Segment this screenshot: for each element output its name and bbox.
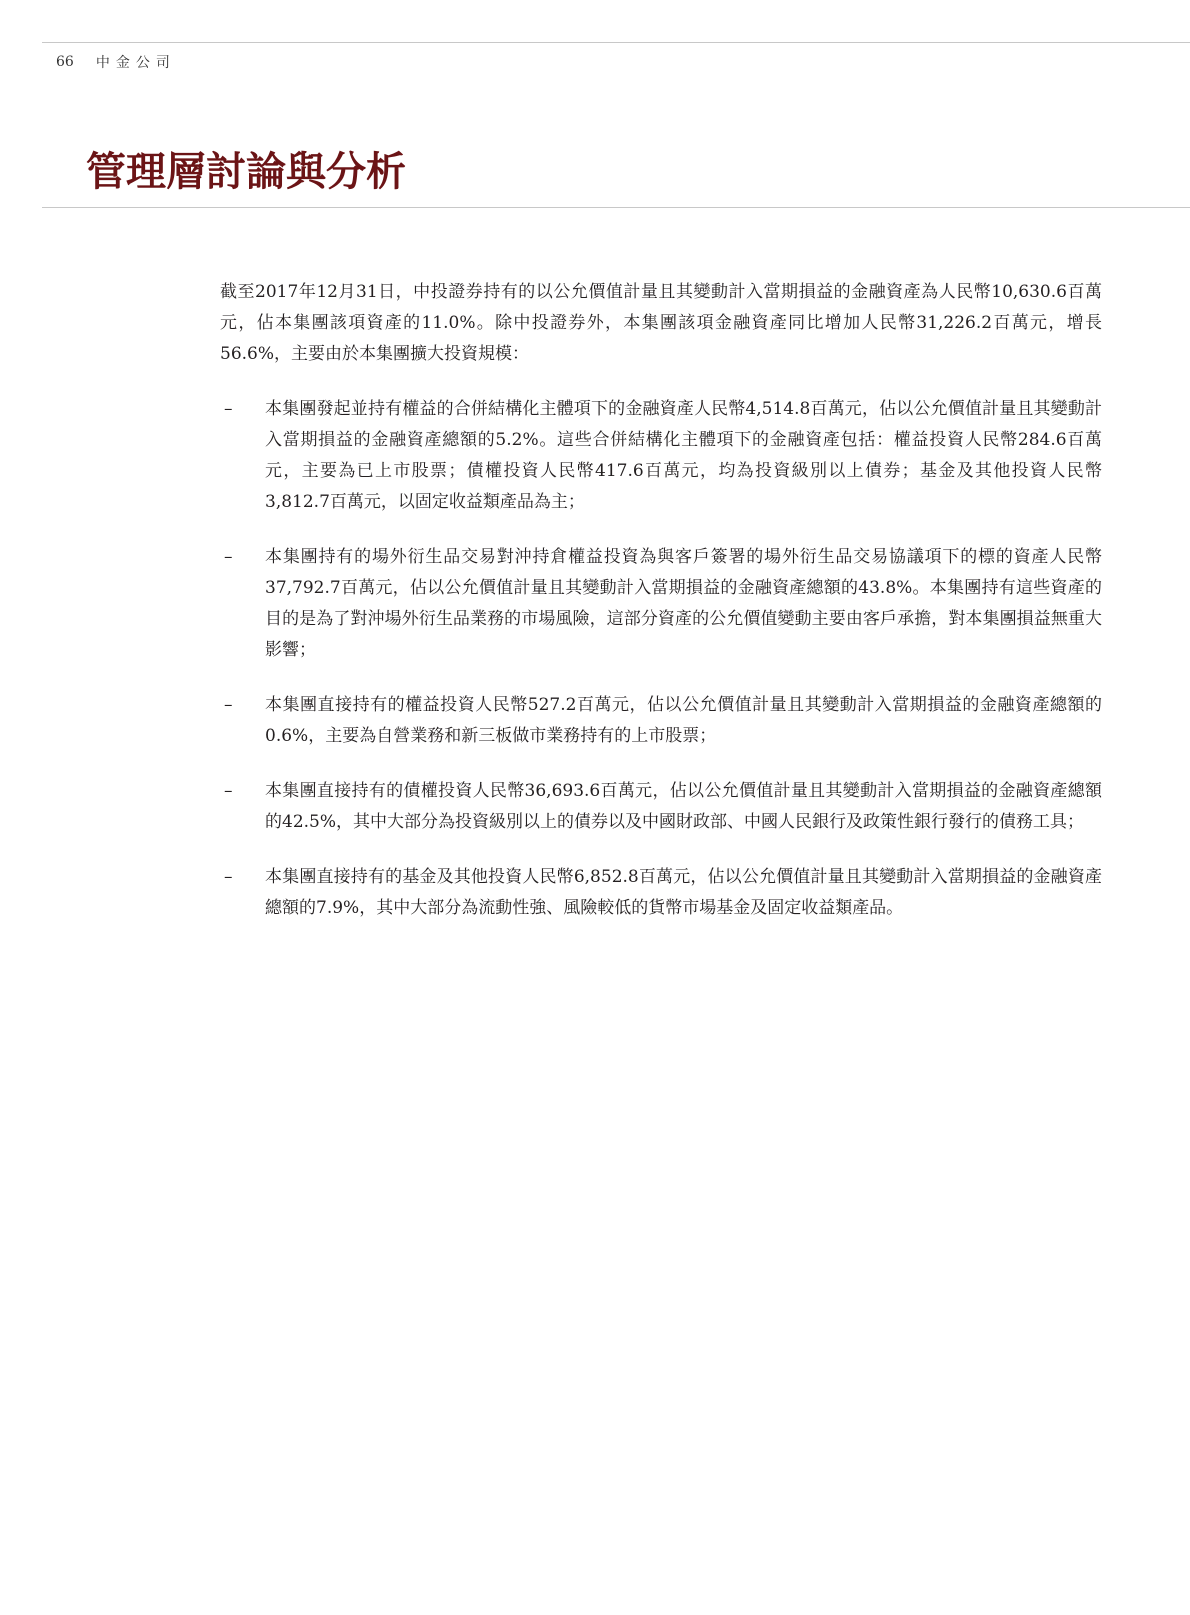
page-number: 66 — [56, 54, 74, 70]
dash-bullet-icon: – — [224, 690, 238, 721]
bullet-item-consolidated-structured-entities: – 本集團發起並持有權益的合併結構化主體項下的金融資產人民幣4,514.8百萬元… — [220, 394, 1102, 518]
dash-bullet-icon: – — [224, 862, 238, 893]
bullet-text: 本集團直接持有的權益投資人民幣527.2百萬元，佔以公允價值計量且其變動計入當期… — [265, 695, 1102, 746]
bullet-text: 本集團直接持有的基金及其他投資人民幣6,852.8百萬元，佔以公允價值計量且其變… — [265, 867, 1102, 918]
dash-bullet-icon: – — [224, 394, 238, 425]
bullet-item-direct-funds: – 本集團直接持有的基金及其他投資人民幣6,852.8百萬元，佔以公允價值計量且… — [220, 862, 1102, 924]
dash-bullet-icon: – — [224, 776, 238, 807]
page-title: 管理層討論與分析 — [86, 148, 406, 196]
company-name: 中金公司 — [96, 52, 176, 72]
running-head: 66 中金公司 — [56, 52, 176, 72]
body-content: 截至2017年12月31日，中投證券持有的以公允價值計量且其變動計入當期損益的金… — [220, 277, 1102, 948]
dash-bullet-icon: – — [224, 542, 238, 573]
header-top-rule — [42, 42, 1190, 43]
bullet-text: 本集團持有的場外衍生品交易對沖持倉權益投資為與客戶簽署的場外衍生品交易協議項下的… — [265, 547, 1102, 660]
bullet-item-direct-debt: – 本集團直接持有的債權投資人民幣36,693.6百萬元，佔以公允價值計量且其變… — [220, 776, 1102, 838]
bullet-text: 本集團直接持有的債權投資人民幣36,693.6百萬元，佔以公允價值計量且其變動計… — [265, 781, 1102, 832]
bullet-item-direct-equity: – 本集團直接持有的權益投資人民幣527.2百萬元，佔以公允價值計量且其變動計入… — [220, 690, 1102, 752]
title-bottom-rule — [42, 207, 1190, 208]
bullet-text: 本集團發起並持有權益的合併結構化主體項下的金融資產人民幣4,514.8百萬元，佔… — [265, 399, 1102, 512]
bullet-item-otc-hedging-equity: – 本集團持有的場外衍生品交易對沖持倉權益投資為與客戶簽署的場外衍生品交易協議項… — [220, 542, 1102, 666]
intro-paragraph: 截至2017年12月31日，中投證券持有的以公允價值計量且其變動計入當期損益的金… — [220, 277, 1102, 370]
